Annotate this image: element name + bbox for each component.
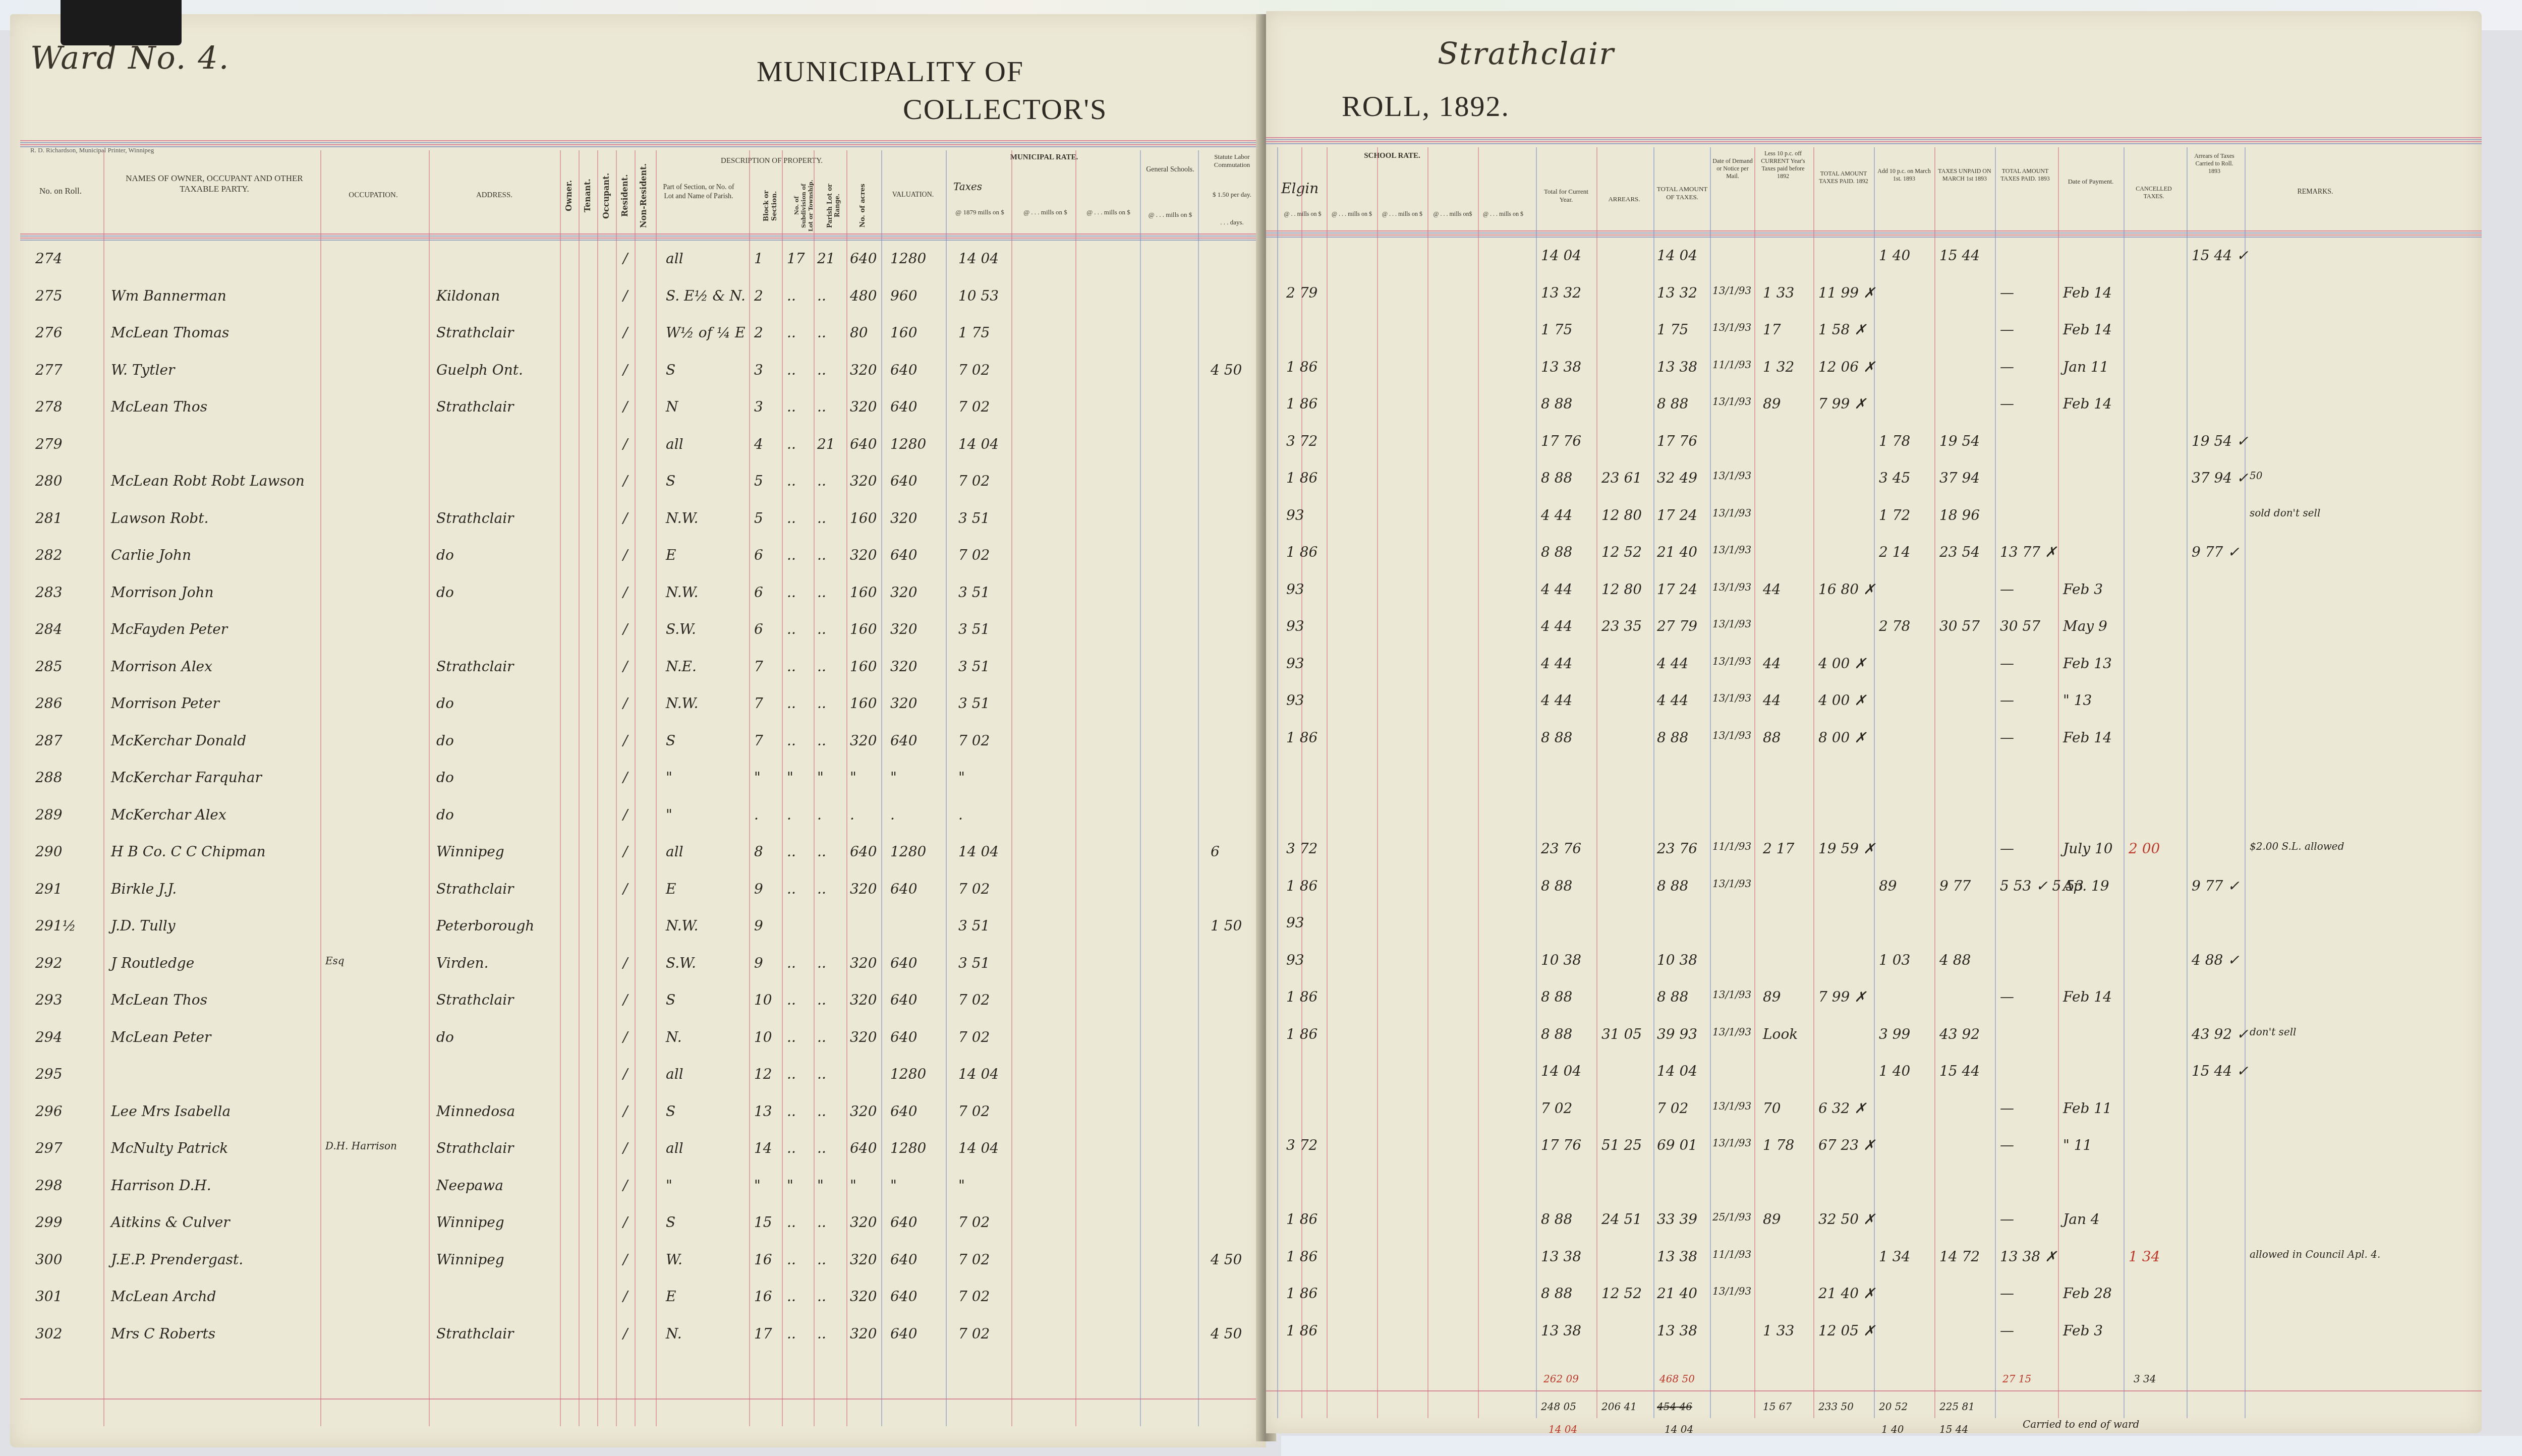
- row-school: 3 72: [1286, 840, 1317, 857]
- row-block: 12: [754, 1066, 772, 1082]
- row-total_current: 8 88: [1541, 878, 1572, 894]
- row-name: McKerchar Donald: [111, 732, 246, 749]
- row-name: McKerchar Alex: [111, 806, 226, 823]
- row-valuation: ": [890, 1177, 897, 1194]
- header-description: DESCRIPTION OF PROPERTY.: [661, 156, 883, 166]
- row-paid93: —: [2000, 988, 2014, 1005]
- row-unpaid: 43 92: [1939, 1026, 1980, 1042]
- row-less10: 44: [1763, 692, 1781, 709]
- row-acres: 640: [850, 843, 877, 860]
- row-demand: 13/1/93: [1712, 470, 1751, 482]
- row-part: ": [666, 769, 672, 786]
- row-name: Morrison Peter: [111, 695, 219, 712]
- row-address: Neepawa: [436, 1177, 503, 1194]
- row-sub: ..: [787, 1029, 796, 1045]
- row-school: 1 86: [1286, 878, 1317, 894]
- row-demand: 13/1/93: [1712, 1137, 1751, 1149]
- row-school: 3 72: [1286, 1137, 1317, 1153]
- row-block: 5: [754, 510, 763, 527]
- footer-rule-right: [1266, 1390, 2482, 1391]
- row-address: do: [436, 806, 454, 823]
- header-rate-3: @ . . . mills on $: [1077, 208, 1140, 216]
- column-rule: [814, 150, 815, 1426]
- row-valuation: 640: [890, 1214, 917, 1231]
- row-total_current: 4 44: [1541, 581, 1572, 598]
- row-municipal: 7 02: [958, 362, 990, 378]
- row-sub: ..: [787, 843, 796, 860]
- row-part: S: [666, 732, 675, 749]
- row-sub: .: [787, 806, 791, 823]
- row-total_taxes: 4 44: [1657, 692, 1688, 709]
- row-arrears: 23 61: [1601, 470, 1642, 486]
- row-municipal: 7 02: [958, 1029, 990, 1045]
- row-paid93: —: [2000, 359, 2014, 375]
- row-total_taxes: 14 04: [1657, 1063, 1697, 1079]
- row-valuation: 160: [890, 324, 917, 341]
- row-demand: 25/1/93: [1712, 1211, 1751, 1223]
- header-cancelled: CANCELLED TAXES.: [2126, 185, 2182, 200]
- row-acres: 480: [850, 287, 877, 304]
- row-valuation: 640: [890, 473, 917, 489]
- row-address: do: [436, 1029, 454, 1045]
- row-demand: 13/1/93: [1712, 581, 1751, 593]
- row-sub: ..: [787, 881, 796, 897]
- row-range: ..: [817, 621, 826, 637]
- row-paid92: 12 06 ✗: [1818, 359, 1875, 375]
- row-name: McNulty Patrick: [111, 1140, 228, 1156]
- row-name: McLean Thomas: [111, 324, 229, 341]
- row-address: Minnedosa: [436, 1103, 515, 1120]
- header-less-10pc: Less 10 p.c. off CURRENT Year's Taxes pa…: [1755, 150, 1811, 180]
- row-acres: 320: [850, 955, 877, 971]
- title-roll-year: ROLL, 1892.: [1342, 89, 1510, 123]
- row-total_current: 13 38: [1541, 1322, 1581, 1339]
- column-rule: [560, 150, 561, 1426]
- column-rule: [1754, 147, 1755, 1418]
- row-acres: 640: [850, 1140, 877, 1156]
- row-mark: /: [623, 1029, 627, 1045]
- row-total_taxes: 69 01: [1657, 1137, 1697, 1153]
- row-acres: 320: [850, 881, 877, 897]
- row-acres: 320: [850, 398, 877, 415]
- row-less10: 44: [1763, 581, 1781, 598]
- header-school-col-3: @ . . . mills on $: [1377, 210, 1427, 218]
- row-carried: 15 44 ✓: [2192, 247, 2249, 264]
- row-sub: ..: [787, 473, 796, 489]
- total-unpaid: 225 81: [1939, 1401, 1975, 1413]
- row-mark: /: [623, 695, 627, 712]
- row-no: 282: [35, 547, 62, 563]
- row-sub: 17: [787, 250, 805, 267]
- row-no: 298: [35, 1177, 62, 1194]
- row-carried: 9 77 ✓: [2192, 878, 2240, 894]
- row-total_taxes: 21 40: [1657, 1285, 1697, 1302]
- row-school: 1 86: [1286, 988, 1317, 1005]
- column-rule: [946, 150, 947, 1426]
- row-valuation: 320: [890, 510, 917, 527]
- row-statute: 4 50: [1211, 1251, 1242, 1268]
- row-municipal: .: [958, 806, 963, 823]
- row-municipal: 7 02: [958, 1214, 990, 1231]
- header-no-on-roll: No. on Roll.: [23, 186, 98, 196]
- row-less10: 1 33: [1763, 284, 1794, 301]
- row-paid92: 7 99 ✗: [1818, 395, 1866, 412]
- row-range: ..: [817, 1325, 826, 1342]
- row-valuation: 1280: [890, 1066, 926, 1082]
- row-acres: 320: [850, 1103, 877, 1120]
- row-part: N: [666, 398, 678, 415]
- row-address: Strathclair: [436, 398, 513, 415]
- row-less10: 44: [1763, 655, 1781, 672]
- row-block: 9: [754, 881, 763, 897]
- row-range: ..: [817, 287, 826, 304]
- row-municipal: 14 04: [958, 1066, 999, 1082]
- row-range: ..: [817, 510, 826, 527]
- column-rule: [1011, 150, 1012, 1426]
- row-total_current: 14 04: [1541, 1063, 1581, 1079]
- row-part: W½ of ¼ E: [666, 324, 745, 341]
- row-block: 8: [754, 843, 763, 860]
- row-total_taxes: 8 88: [1657, 988, 1688, 1005]
- row-mark: /: [623, 398, 627, 415]
- column-rule: [429, 150, 430, 1426]
- column-rule: [597, 150, 598, 1426]
- header-occupation: OCCUPATION.: [323, 191, 424, 200]
- row-remarks: sold don't sell: [2250, 507, 2320, 519]
- row-mark: /: [623, 362, 627, 378]
- row-paid92: 6 32 ✗: [1818, 1100, 1866, 1117]
- row-municipal: 1 75: [958, 324, 990, 341]
- column-rule: [1874, 147, 1875, 1418]
- column-rule: [1140, 150, 1141, 1426]
- row-demand: 13/1/93: [1712, 1026, 1751, 1038]
- right-page: Strathclair ROLL, 1892. SCHOOL RATE. Elg…: [1266, 11, 2482, 1433]
- row-mark: /: [623, 992, 627, 1008]
- row-total_current: 8 88: [1541, 544, 1572, 560]
- row-no: 287: [35, 732, 62, 749]
- header-total-current: Total for Current Year.: [1538, 188, 1594, 204]
- row-range: ..: [817, 955, 826, 971]
- row-less10: 89: [1763, 988, 1781, 1005]
- row-total_current: 13 38: [1541, 1248, 1581, 1265]
- row-less10: 89: [1763, 1211, 1781, 1228]
- column-rule: [1427, 147, 1428, 1418]
- column-rule: [1198, 150, 1199, 1426]
- row-carried: 19 54 ✓: [2192, 433, 2249, 449]
- row-mark: /: [623, 732, 627, 749]
- row-arrears: 51 25: [1601, 1137, 1642, 1153]
- row-total_taxes: 1 75: [1657, 321, 1688, 338]
- row-acres: 320: [850, 992, 877, 1008]
- row-date_paid: " 11: [2063, 1137, 2092, 1153]
- row-total_current: 4 44: [1541, 692, 1572, 709]
- row-less10: 17: [1763, 321, 1781, 338]
- header-arrears: ARREARS.: [1596, 195, 1652, 203]
- row-no: 301: [35, 1288, 62, 1305]
- column-rule: [1478, 147, 1479, 1418]
- row-no: 292: [35, 955, 62, 971]
- row-range: ..: [817, 732, 826, 749]
- row-mark: /: [623, 806, 627, 823]
- row-total_taxes: 13 32: [1657, 284, 1697, 301]
- row-unpaid: 15 44: [1939, 247, 1980, 264]
- row-range: ": [817, 1177, 824, 1194]
- row-sub: ..: [787, 732, 796, 749]
- row-sub: ..: [787, 510, 796, 527]
- row-paid93: 13 77 ✗: [2000, 544, 2057, 560]
- row-range: ..: [817, 547, 826, 563]
- row-name: McLean Archd: [111, 1288, 216, 1305]
- row-paid93: —: [2000, 284, 2014, 301]
- row-acres: 80: [850, 324, 868, 341]
- row-sub: ..: [787, 1251, 796, 1268]
- row-municipal: 7 02: [958, 992, 990, 1008]
- row-total_taxes: 10 38: [1657, 952, 1697, 968]
- row-range: ..: [817, 992, 826, 1008]
- header-add-10pc: Add 10 p.c. on March 1st. 1893: [1876, 167, 1932, 183]
- column-rule: [1327, 147, 1328, 1418]
- row-range: ..: [817, 398, 826, 415]
- row-valuation: 320: [890, 695, 917, 712]
- row-cancelled: 2 00: [2129, 840, 2160, 857]
- total-less-10: 15 67: [1763, 1401, 1792, 1413]
- row-add10: 1 40: [1879, 1063, 1910, 1079]
- row-remarks: allowed in Council Apl. 4.: [2250, 1248, 2380, 1260]
- total-taxes-red: 468 50: [1659, 1373, 1695, 1385]
- total-taxes-struck: 454 46: [1657, 1401, 1692, 1413]
- row-no: 276: [35, 324, 62, 341]
- row-carried: 43 92 ✓: [2192, 1026, 2249, 1042]
- row-date_paid: Feb 28: [2063, 1285, 2112, 1302]
- row-no: 293: [35, 992, 62, 1008]
- header-date-of-payment: Date of Payment.: [2063, 178, 2118, 186]
- row-part: E: [666, 1288, 676, 1305]
- row-demand: 13/1/93: [1712, 618, 1751, 630]
- row-acres: 640: [850, 436, 877, 452]
- row-municipal: 7 02: [958, 1288, 990, 1305]
- header-total-amount: TOTAL AMOUNT OF TAXES.: [1654, 185, 1710, 202]
- row-demand: 13/1/93: [1712, 395, 1751, 407]
- total-add-10: 20 52: [1879, 1401, 1908, 1413]
- column-rule: [579, 150, 580, 1426]
- row-part: ": [666, 1177, 672, 1194]
- row-add10: 2 78: [1879, 618, 1910, 634]
- row-block: 6: [754, 547, 763, 563]
- row-less10: Look: [1763, 1026, 1798, 1042]
- row-sub: ..: [787, 398, 796, 415]
- row-municipal: 14 04: [958, 843, 999, 860]
- row-date_paid: Feb 3: [2063, 581, 2103, 598]
- row-less10: 2 17: [1763, 840, 1794, 857]
- row-valuation: 640: [890, 732, 917, 749]
- row-total_taxes: 7 02: [1657, 1100, 1688, 1117]
- row-total_current: 8 88: [1541, 395, 1572, 412]
- header-band-bottom: [20, 234, 1266, 241]
- footer-note: Carried to end of ward: [2023, 1418, 2139, 1430]
- row-paid93: —: [2000, 655, 2014, 672]
- row-no: 283: [35, 584, 62, 601]
- row-school: 93: [1286, 692, 1304, 709]
- row-part: S.W.: [666, 955, 696, 971]
- row-block: 9: [754, 917, 763, 934]
- row-address: do: [436, 547, 454, 563]
- row-acres: 320: [850, 1251, 877, 1268]
- row-part: S.W.: [666, 621, 696, 637]
- row-part: all: [666, 1066, 683, 1082]
- row-no: 299: [35, 1214, 62, 1231]
- row-range: ": [817, 769, 824, 786]
- row-municipal: 7 02: [958, 881, 990, 897]
- row-date_paid: July 10: [2063, 840, 2113, 857]
- row-block: 4: [754, 436, 763, 452]
- row-acres: 320: [850, 1214, 877, 1231]
- row-mark: /: [623, 510, 627, 527]
- row-acres: 160: [850, 695, 877, 712]
- row-block: 6: [754, 621, 763, 637]
- row-address: Strathclair: [436, 1325, 513, 1342]
- row-valuation: 640: [890, 398, 917, 415]
- row-paid93: —: [2000, 692, 2014, 709]
- total-paid-92: 233 50: [1818, 1401, 1854, 1413]
- row-unpaid: 9 77: [1939, 878, 1971, 894]
- row-demand: 13/1/93: [1712, 507, 1751, 519]
- row-no: 291: [35, 881, 62, 897]
- column-rule: [1075, 150, 1076, 1426]
- row-paid93: —: [2000, 321, 2014, 338]
- row-mark: /: [623, 1325, 627, 1342]
- row-carried: 37 94 ✓: [2192, 470, 2249, 486]
- row-valuation: 640: [890, 1029, 917, 1045]
- row-demand: 13/1/93: [1712, 729, 1751, 741]
- row-part: W.: [666, 1251, 682, 1268]
- row-name: J.D. Tully: [111, 917, 176, 934]
- row-valuation: 640: [890, 881, 917, 897]
- row-total_current: 8 88: [1541, 988, 1572, 1005]
- row-mark: /: [623, 1177, 627, 1194]
- header-school-col-2: @ . . . mills on $: [1327, 210, 1377, 218]
- row-mark: /: [623, 324, 627, 341]
- row-demand: 11/1/93: [1712, 1248, 1751, 1260]
- row-sub: ..: [787, 621, 796, 637]
- row-school: 1 86: [1286, 1211, 1317, 1228]
- row-arrears: 12 80: [1601, 581, 1642, 598]
- row-remarks: 50: [2250, 470, 2262, 482]
- column-rule: [2124, 147, 2125, 1418]
- row-name: Carlie John: [111, 547, 191, 563]
- row-mark: /: [623, 250, 627, 267]
- header-general-schools-rate: @ . . . mills on $: [1142, 211, 1198, 219]
- row-mark: /: [623, 436, 627, 452]
- row-no: 294: [35, 1029, 62, 1045]
- row-municipal: 10 53: [958, 287, 999, 304]
- row-part: all: [666, 843, 683, 860]
- header-rate-1: @ 1879 mills on $: [948, 208, 1011, 216]
- row-municipal: 7 02: [958, 1103, 990, 1120]
- row-occupation: Esq: [325, 955, 345, 967]
- row-date_paid: " 13: [2063, 692, 2092, 709]
- row-municipal: 3 51: [958, 955, 990, 971]
- row-demand: 13/1/93: [1712, 878, 1751, 890]
- row-part: N.: [666, 1029, 682, 1045]
- row-total_taxes: 23 76: [1657, 840, 1697, 857]
- header-school-col-4: @ . . . mills on$: [1427, 210, 1478, 218]
- row-unpaid: 30 57: [1939, 618, 1980, 634]
- row-total_taxes: 8 88: [1657, 729, 1688, 746]
- row-range: 21: [817, 250, 835, 267]
- row-acres: 320: [850, 547, 877, 563]
- row-date_paid: Feb 14: [2063, 395, 2112, 412]
- row-total_taxes: 8 88: [1657, 395, 1688, 412]
- row-date_paid: Feb 14: [2063, 729, 2112, 746]
- row-no: 285: [35, 658, 62, 675]
- row-sub: ..: [787, 436, 796, 452]
- column-rule: [846, 150, 847, 1426]
- row-municipal: ": [958, 769, 965, 786]
- row-less10: 1 33: [1763, 1322, 1794, 1339]
- row-total_taxes: 13 38: [1657, 1322, 1697, 1339]
- row-municipal: 14 04: [958, 250, 999, 267]
- school-district: Elgin: [1281, 180, 1319, 197]
- row-mark: /: [623, 1103, 627, 1120]
- header-band-top-right: [1266, 137, 2482, 144]
- row-paid93: —: [2000, 1100, 2014, 1117]
- total-current-red: 262 09: [1543, 1373, 1579, 1385]
- row-school: 1 86: [1286, 1248, 1317, 1265]
- row-no: 281: [35, 510, 62, 527]
- row-block: 16: [754, 1251, 772, 1268]
- column-rule: [1377, 147, 1378, 1418]
- row-block: 17: [754, 1325, 772, 1342]
- row-mark: /: [623, 547, 627, 563]
- row-part: ": [666, 806, 672, 823]
- row-unpaid: 23 54: [1939, 544, 1980, 560]
- row-name: Harrison D.H.: [111, 1177, 211, 1194]
- column-rule: [1934, 147, 1935, 1418]
- row-arrears: 23 35: [1601, 618, 1642, 634]
- row-school: 1 86: [1286, 395, 1317, 412]
- row-total_taxes: 13 38: [1657, 1248, 1697, 1265]
- row-arrears: 12 80: [1601, 507, 1642, 523]
- row-paid93: 30 57: [2000, 618, 2040, 634]
- row-part: E: [666, 881, 676, 897]
- header-occupant: Occupant.: [601, 160, 611, 231]
- row-date_paid: Feb 14: [2063, 284, 2112, 301]
- row-block: ": [754, 769, 761, 786]
- row-no: 297: [35, 1140, 62, 1156]
- header-statute-labor: Statute Labor Commutation: [1200, 153, 1264, 169]
- row-date_paid: Ap. 19: [2063, 878, 2109, 894]
- column-rule: [1653, 147, 1654, 1418]
- row-valuation: 960: [890, 287, 917, 304]
- row-carried: 4 88 ✓: [2192, 952, 2240, 968]
- row-unpaid: 4 88: [1939, 952, 1971, 968]
- row-total_taxes: 13 38: [1657, 359, 1697, 375]
- row-municipal: 7 02: [958, 547, 990, 563]
- row-part: N.W.: [666, 584, 698, 601]
- header-block: Block or Section.: [763, 178, 779, 234]
- row-statute: 1 50: [1211, 917, 1242, 934]
- row-date_paid: Feb 13: [2063, 655, 2112, 672]
- under-add-10: 1 40: [1881, 1423, 1904, 1435]
- row-acres: ": [850, 1177, 856, 1194]
- row-no: 274: [35, 250, 62, 267]
- row-part: N.W.: [666, 510, 698, 527]
- row-acres: 320: [850, 362, 877, 378]
- row-total_current: 8 88: [1541, 1026, 1572, 1042]
- row-paid93: —: [2000, 840, 2014, 857]
- row-total_taxes: 32 49: [1657, 470, 1697, 486]
- row-total_taxes: 8 88: [1657, 878, 1688, 894]
